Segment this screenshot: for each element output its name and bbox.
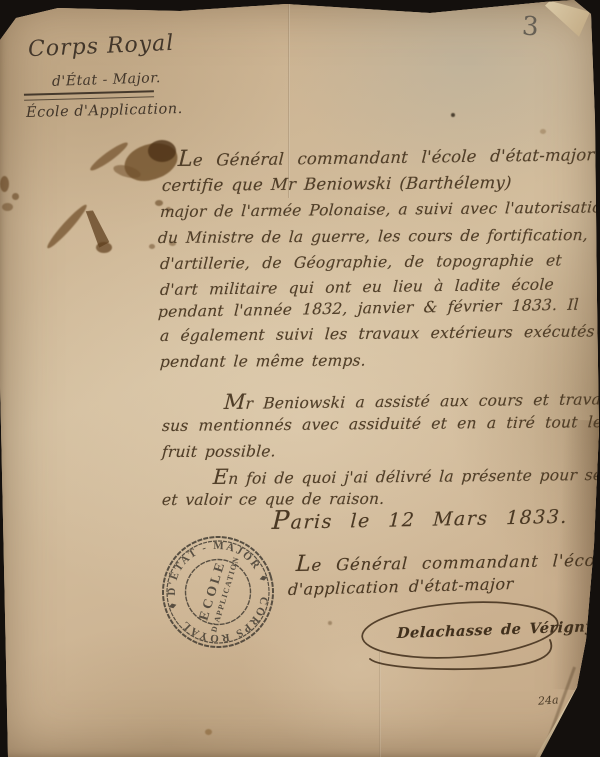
document-paper: Corps Royal d'État - Major. École d'Appl… xyxy=(0,0,600,757)
manuscript-line: d'art militaire qui ont eu lieu à ladite… xyxy=(159,275,554,299)
ink-blot xyxy=(96,242,112,253)
paper-stain xyxy=(205,729,212,735)
pencil-page-number: 3 xyxy=(521,11,540,42)
manuscript-line: sus mentionnés avec assiduité et en a ti… xyxy=(161,413,600,435)
manuscript-line: fruit possible. xyxy=(161,442,276,461)
letterhead-dept: École d'Application. xyxy=(26,101,183,121)
manuscript-line: En foi de quoi j'ai délivré la présente … xyxy=(212,461,600,489)
manuscript-line: du Ministre de la guerre, les cours de f… xyxy=(157,226,588,247)
pencil-corner-note: 24a xyxy=(538,693,559,707)
letterhead-rule xyxy=(24,90,154,100)
ink-blot xyxy=(12,193,19,200)
manuscript-line: pendant le même temps. xyxy=(159,352,366,371)
ink-speck xyxy=(451,113,455,117)
manuscript-line: major de l'armée Polonaise, a suivi avec… xyxy=(159,198,600,221)
paper-stain xyxy=(328,621,332,625)
ink-blot xyxy=(148,140,176,162)
manuscript-line: Le Général commandant l'école d'état-maj… xyxy=(177,140,595,172)
manuscript-line: pendant l'année 1832, janvier & février … xyxy=(158,296,580,321)
letterhead-org-line2: d'État - Major. xyxy=(52,70,161,90)
manuscript-line: Mr Beniowski a assisté aux cours et trav… xyxy=(223,385,600,414)
corner-fold-top-right xyxy=(544,0,594,40)
manuscript-line: d'artillerie, de Géographie, de topograp… xyxy=(159,251,562,273)
manuscript-dateline: Paris le 12 Mars 1833. xyxy=(271,500,569,536)
letterhead-org-line1: Corps Royal xyxy=(28,31,175,62)
ink-blot xyxy=(0,176,9,192)
paper-stain xyxy=(540,129,546,134)
ink-blot xyxy=(149,244,155,249)
manuscript-line: a également suivi les travaux extérieurs… xyxy=(159,322,595,345)
ink-blot xyxy=(2,203,13,211)
manuscript-line: certifie que Mr Beniowski (Barthélemy) xyxy=(161,173,512,195)
paper-crease-horizontal-middle xyxy=(0,0,600,1)
document-photo: { "colors": { "background": "#14100d", "… xyxy=(0,0,600,757)
closing-line: Le Général commandant l'école xyxy=(295,545,600,577)
ink-blot xyxy=(44,202,89,251)
